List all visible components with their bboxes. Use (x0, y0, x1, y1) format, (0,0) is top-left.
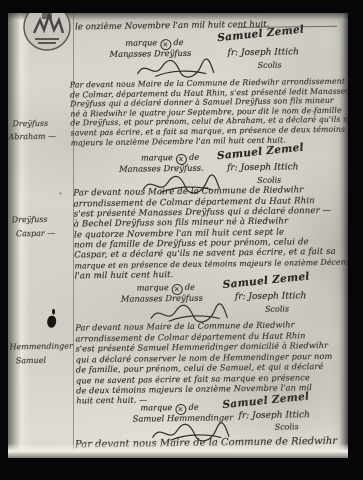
witness-signature: Samuel Zemel (222, 270, 310, 291)
witness-signature: Samuel Zemel (222, 390, 310, 411)
marque-de: de (185, 282, 195, 292)
officer-signature: fr: Joseph Ittich (227, 162, 299, 173)
marque-de: de (173, 37, 183, 47)
margin-name-line: Caspar — (16, 229, 55, 239)
officer-signature: fr: Joseph Ittich (238, 410, 310, 421)
register-page: le onzième Novembre l'an mil huit cent h… (8, 13, 348, 458)
marque-de: de (189, 152, 199, 162)
margin-name-line: Abraham — (9, 132, 57, 142)
ink-blot (47, 316, 56, 328)
margin-name-line: Samuel (16, 356, 46, 365)
page-bottom-edge (8, 443, 348, 458)
marque-label: marque (141, 152, 173, 162)
marque-label: marque (140, 402, 172, 412)
marque-label: marque (125, 37, 157, 47)
margin-name-line: Dreÿfuss (12, 215, 48, 224)
entry-line: l'an mil huit cent huit. (74, 270, 173, 281)
entry-line: huit cent huit. — (76, 394, 147, 405)
margin-name-line: Hemmendinger (9, 341, 72, 351)
officer-title: Scolis (258, 61, 282, 70)
marque-label: marque (137, 282, 169, 292)
entry-line: majeurs le onzième Décembre l'an mil hui… (71, 135, 286, 147)
margin-name-line: Dreÿfuss (12, 119, 48, 128)
handwritten-content: le onzième Novembre l'an mil huit cent h… (8, 13, 348, 458)
officer-signature: fr: Joseph Ittich (227, 47, 299, 58)
officer-title: Scolis (257, 176, 281, 185)
officer-title: Scolis (275, 422, 299, 431)
paper-specks (8, 13, 9, 14)
officer-signature: fr: Joseph Ittich (235, 291, 307, 302)
officer-title: Scolis (265, 304, 289, 313)
marque-de: de (188, 402, 198, 412)
archive-scan: le onzième Novembre l'an mil huit cent h… (0, 0, 363, 480)
ink-blot-speck (52, 309, 55, 315)
